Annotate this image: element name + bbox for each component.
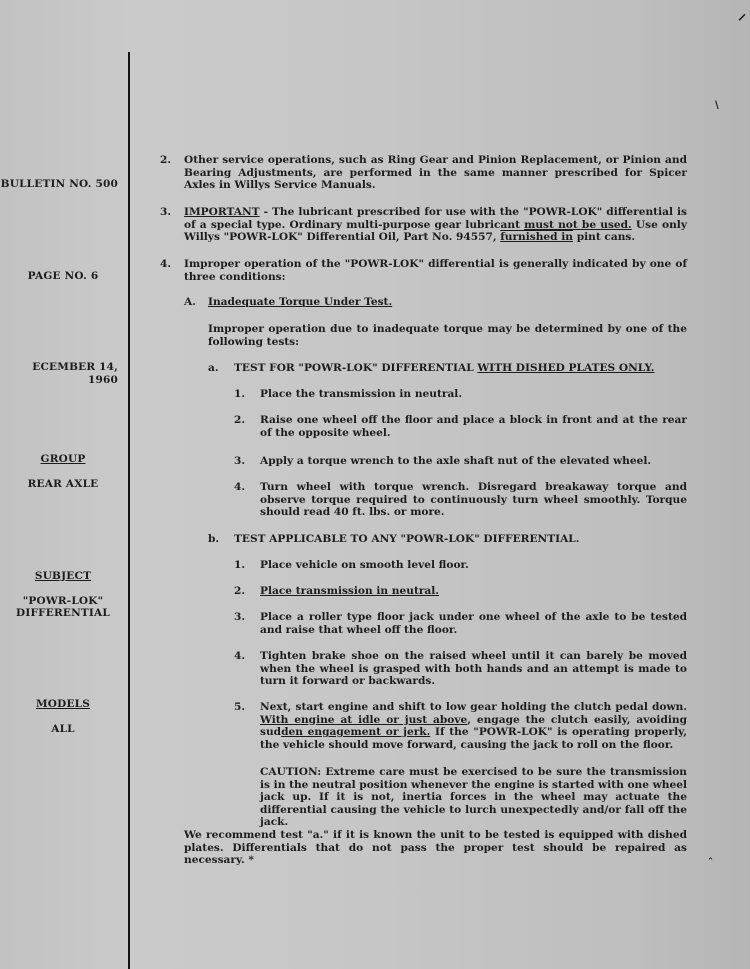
important-label: IMPORTANT: [184, 206, 260, 218]
step-number: 1.: [234, 388, 245, 401]
models-label: MODELS: [0, 698, 126, 711]
step-text: Place a roller type floor jack under one…: [260, 611, 687, 636]
subject-value-line2: DIFFERENTIAL: [0, 607, 126, 620]
text-span: pint cans.: [573, 231, 635, 243]
furnished-emphasis: furnished in: [500, 231, 573, 243]
must-not-emphasis: must not be used.: [524, 219, 632, 231]
test-a-title: TEST FOR "POWR-LOK" DIFFERENTIAL WITH DI…: [234, 362, 654, 375]
step-number: 4.: [234, 650, 245, 663]
scan-speck-mark: ⸝: [738, 2, 746, 24]
margin-divider-line: [128, 52, 130, 969]
subject-label: SUBJECT: [0, 570, 126, 583]
closing-text: We recommend test "a." if it is known th…: [184, 829, 687, 867]
step-text: Next, start engine and shift to low gear…: [260, 701, 687, 751]
paragraph-text: Improper operation of the "POWR-LOK" dif…: [184, 258, 687, 283]
group-heading: GROUP: [41, 453, 86, 465]
scan-speck-mark: ˆ: [708, 858, 713, 869]
section-a-title: Inadequate Torque Under Test.: [208, 296, 392, 309]
paragraph-text: Other service operations, such as Ring G…: [184, 154, 687, 192]
caution-text: CAUTION: Extreme care must be exercised …: [260, 766, 687, 829]
test-b-title: TEST APPLICABLE TO ANY "POWR-LOK" DIFFER…: [234, 533, 579, 546]
subject-heading: SUBJECT: [35, 570, 91, 582]
idle-emphasis: With engine at idle or just above: [260, 714, 467, 726]
step-number: 4.: [234, 481, 245, 494]
step-text: Place the transmission in neutral.: [260, 388, 687, 401]
page-number: PAGE NO. 6: [0, 270, 126, 283]
step-number: 3.: [234, 611, 245, 624]
step-number: 5.: [234, 701, 245, 714]
step-text: Turn wheel with torque wrench. Disregard…: [260, 481, 687, 519]
models-value: ALL: [0, 723, 126, 736]
step-number: 1.: [234, 559, 245, 572]
scan-speck-mark: \: [715, 100, 719, 111]
text-span: Next, start engine and shift to low gear…: [260, 701, 687, 713]
test-letter: a.: [208, 362, 219, 375]
models-heading: MODELS: [36, 698, 90, 710]
step-number: 3.: [234, 455, 245, 468]
step-number: 2.: [234, 585, 245, 598]
step-text: Place transmission in neutral.: [260, 585, 687, 598]
paragraph-number: 3.: [160, 206, 171, 219]
step-text: Apply a torque wrench to the axle shaft …: [260, 455, 687, 468]
paragraph-number: 4.: [160, 258, 171, 271]
jerk-emphasis: den engagement or jerk.: [281, 726, 430, 738]
group-label: GROUP: [0, 453, 126, 466]
paragraph-text: IMPORTANT - The lubricant prescribed for…: [184, 206, 687, 244]
text-span: TEST FOR "POWR-LOK" DIFFERENTIAL: [234, 362, 477, 374]
bulletin-date: ECEMBER 14, 1960: [0, 361, 118, 387]
paragraph-number: 2.: [160, 154, 171, 167]
step-text: Place vehicle on smooth level floor.: [260, 559, 687, 572]
step-text: Tighten brake shoe on the raised wheel u…: [260, 650, 687, 688]
intro-text: Improper operation due to inadequate tor…: [208, 323, 687, 348]
group-value: REAR AXLE: [0, 478, 126, 491]
section-letter: A.: [184, 296, 196, 309]
step-text: Raise one wheel off the floor and place …: [260, 414, 687, 439]
step-number: 2.: [234, 414, 245, 427]
dished-plates-emphasis: WITH DISHED PLATES ONLY.: [477, 362, 654, 374]
bulletin-number: BULLETIN NO. 500: [0, 178, 118, 191]
test-letter: b.: [208, 533, 219, 546]
